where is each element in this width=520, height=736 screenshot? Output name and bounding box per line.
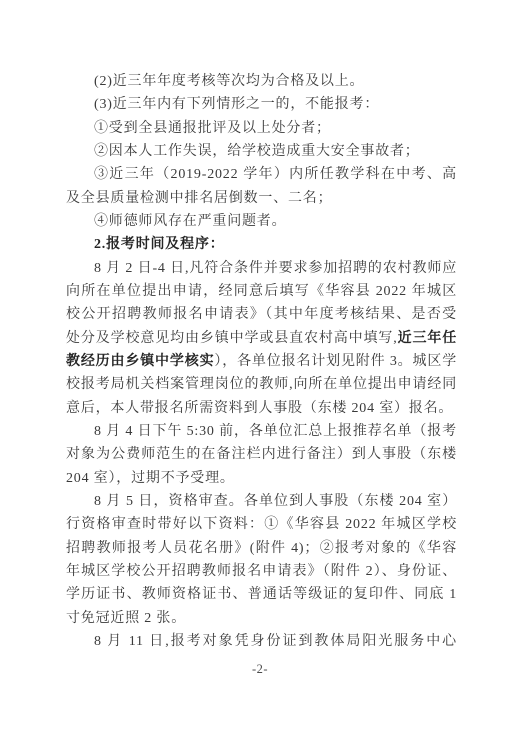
text-segment: ），各单位报名计划见附件 3。城区学 xyxy=(214,354,457,369)
text-segment: 行资格审查时带好以下资料：①《华容县 2022 年城区学校公开 xyxy=(66,517,457,536)
text-line-8: 2.报考时间及程序： xyxy=(66,233,457,256)
text-segment: 8 月 2 日-4 日,凡符合条件并要求参加招聘的农村教师应 xyxy=(94,261,457,276)
document-body-text: (2)近三年年度考核等次均为合格及以上。(3)近三年内有下列情形之一的，不能报考… xyxy=(66,70,457,653)
text-segment: 204 室），过期不予受理。 xyxy=(66,471,235,486)
text-line-2: (3)近三年内有下列情形之一的，不能报考： xyxy=(66,93,457,116)
text-segment: ④师德师风存在严重问题者。 xyxy=(94,214,286,229)
text-line-12: 处分及学校意见均由乡镇中学或县直农村高中填写,近三年任 xyxy=(66,327,457,350)
text-line-25: 8 月 11 日,报考对象凭身份证到教体局阳光服务中心（西 xyxy=(66,630,457,653)
text-line-17: 对象为公费师范生的在备注栏内进行备注）到人事股（东楼 xyxy=(66,443,457,466)
text-line-23: 学历证书、教师资格证书、普通话等级证的复印件、同底 1 xyxy=(66,583,457,606)
text-segment: 学历证书、教师资格证书、普通话等级证的复印件、同底 1 xyxy=(66,587,457,602)
text-line-24: 寸免冠近照 2 张。 xyxy=(66,607,457,630)
text-line-14: 校报考局机关档案管理岗位的教师,向所在单位提出申请经同 xyxy=(66,373,457,396)
text-line-13: 教经历由乡镇中学核实），各单位报名计划见附件 3。城区学 xyxy=(66,350,457,373)
text-segment: (2)近三年年度考核等次均为合格及以上。 xyxy=(94,74,364,89)
document-page: (2)近三年年度考核等次均为合格及以上。(3)近三年内有下列情形之一的，不能报考… xyxy=(0,0,520,736)
bold-text-segment: 教经历由乡镇中学核实 xyxy=(66,354,214,369)
text-segment: ①受到全县通报批评及以上处分者； xyxy=(94,121,331,136)
bold-text-segment: 近三年任 xyxy=(398,331,458,346)
text-segment: 处分及学校意见均由乡镇中学或县直农村高中填写, xyxy=(66,331,398,346)
text-line-18: 204 室），过期不予受理。 xyxy=(66,467,457,490)
text-line-11: 校公开招聘教师报名申请表》（其中年度考核结果、是否受到 xyxy=(66,303,457,326)
text-segment: 招聘教师报考人员花名册》(附件 4)；②报考对象的《华容县 2022 xyxy=(66,541,457,560)
text-line-22: 年城区学校公开招聘教师报名申请表》（附件 2）、身份证、 xyxy=(66,560,457,583)
text-segment: 对象为公费师范生的在备注栏内进行备注）到人事股（东楼 xyxy=(66,447,457,462)
text-segment: 寸免冠近照 2 张。 xyxy=(66,611,186,626)
text-line-9: 8 月 2 日-4 日,凡符合条件并要求参加招聘的农村教师应 xyxy=(66,257,457,280)
text-segment: ③近三年（2019-2022 学年）内所任教学科在中考、高考 xyxy=(66,167,457,186)
text-line-3: ①受到全县通报批评及以上处分者； xyxy=(66,117,457,140)
text-segment: 及全县质量检测中排名居倒数一、二名； xyxy=(66,191,332,206)
text-segment: 校公开招聘教师报名申请表》（其中年度考核结果、是否受到 xyxy=(66,307,457,326)
text-line-20: 行资格审查时带好以下资料：①《华容县 2022 年城区学校公开 xyxy=(66,513,457,536)
text-line-7: ④师德师风存在严重问题者。 xyxy=(66,210,457,233)
text-line-1: (2)近三年年度考核等次均为合格及以上。 xyxy=(66,70,457,93)
text-segment: ②因本人工作失误，给学校造成重大安全事故者； xyxy=(94,144,420,159)
text-line-21: 招聘教师报考人员花名册》(附件 4)；②报考对象的《华容县 2022 xyxy=(66,537,457,560)
text-segment: 8 月 4 日下午 5:30 前，各单位汇总上报推荐名单（报考 xyxy=(94,424,457,439)
text-line-6: 及全县质量检测中排名居倒数一、二名； xyxy=(66,187,457,210)
text-line-16: 8 月 4 日下午 5:30 前，各单位汇总上报推荐名单（报考 xyxy=(66,420,457,443)
text-line-10: 向所在单位提出申请，经同意后填写《华容县 2022 年城区学 xyxy=(66,280,457,303)
text-line-15: 意后，本人带报名所需资料到人事股（东楼 204 室）报名。 xyxy=(66,397,457,420)
text-segment: (3)近三年内有下列情形之一的，不能报考： xyxy=(94,97,379,112)
text-line-19: 8 月 5 日，资格审查。各单位到人事股（东楼 204 室）进 xyxy=(66,490,457,513)
bold-text-segment: 2.报考时间及程序： xyxy=(94,237,225,252)
text-segment: 8 月 5 日，资格审查。各单位到人事股（东楼 204 室）进 xyxy=(66,494,457,513)
text-line-4: ②因本人工作失误，给学校造成重大安全事故者； xyxy=(66,140,457,163)
text-segment: 年城区学校公开招聘教师报名申请表》（附件 2）、身份证、 xyxy=(66,564,457,579)
text-segment: 校报考局机关档案管理岗位的教师,向所在单位提出申请经同 xyxy=(66,377,457,392)
text-segment: 8 月 11 日,报考对象凭身份证到教体局阳光服务中心（西 xyxy=(66,634,457,653)
text-segment: 意后，本人带报名所需资料到人事股（东楼 204 室）报名。 xyxy=(66,401,453,416)
text-segment: 向所在单位提出申请，经同意后填写《华容县 2022 年城区学 xyxy=(66,284,457,303)
text-line-5: ③近三年（2019-2022 学年）内所任教学科在中考、高考 xyxy=(66,163,457,186)
page-number: -2- xyxy=(0,662,520,677)
